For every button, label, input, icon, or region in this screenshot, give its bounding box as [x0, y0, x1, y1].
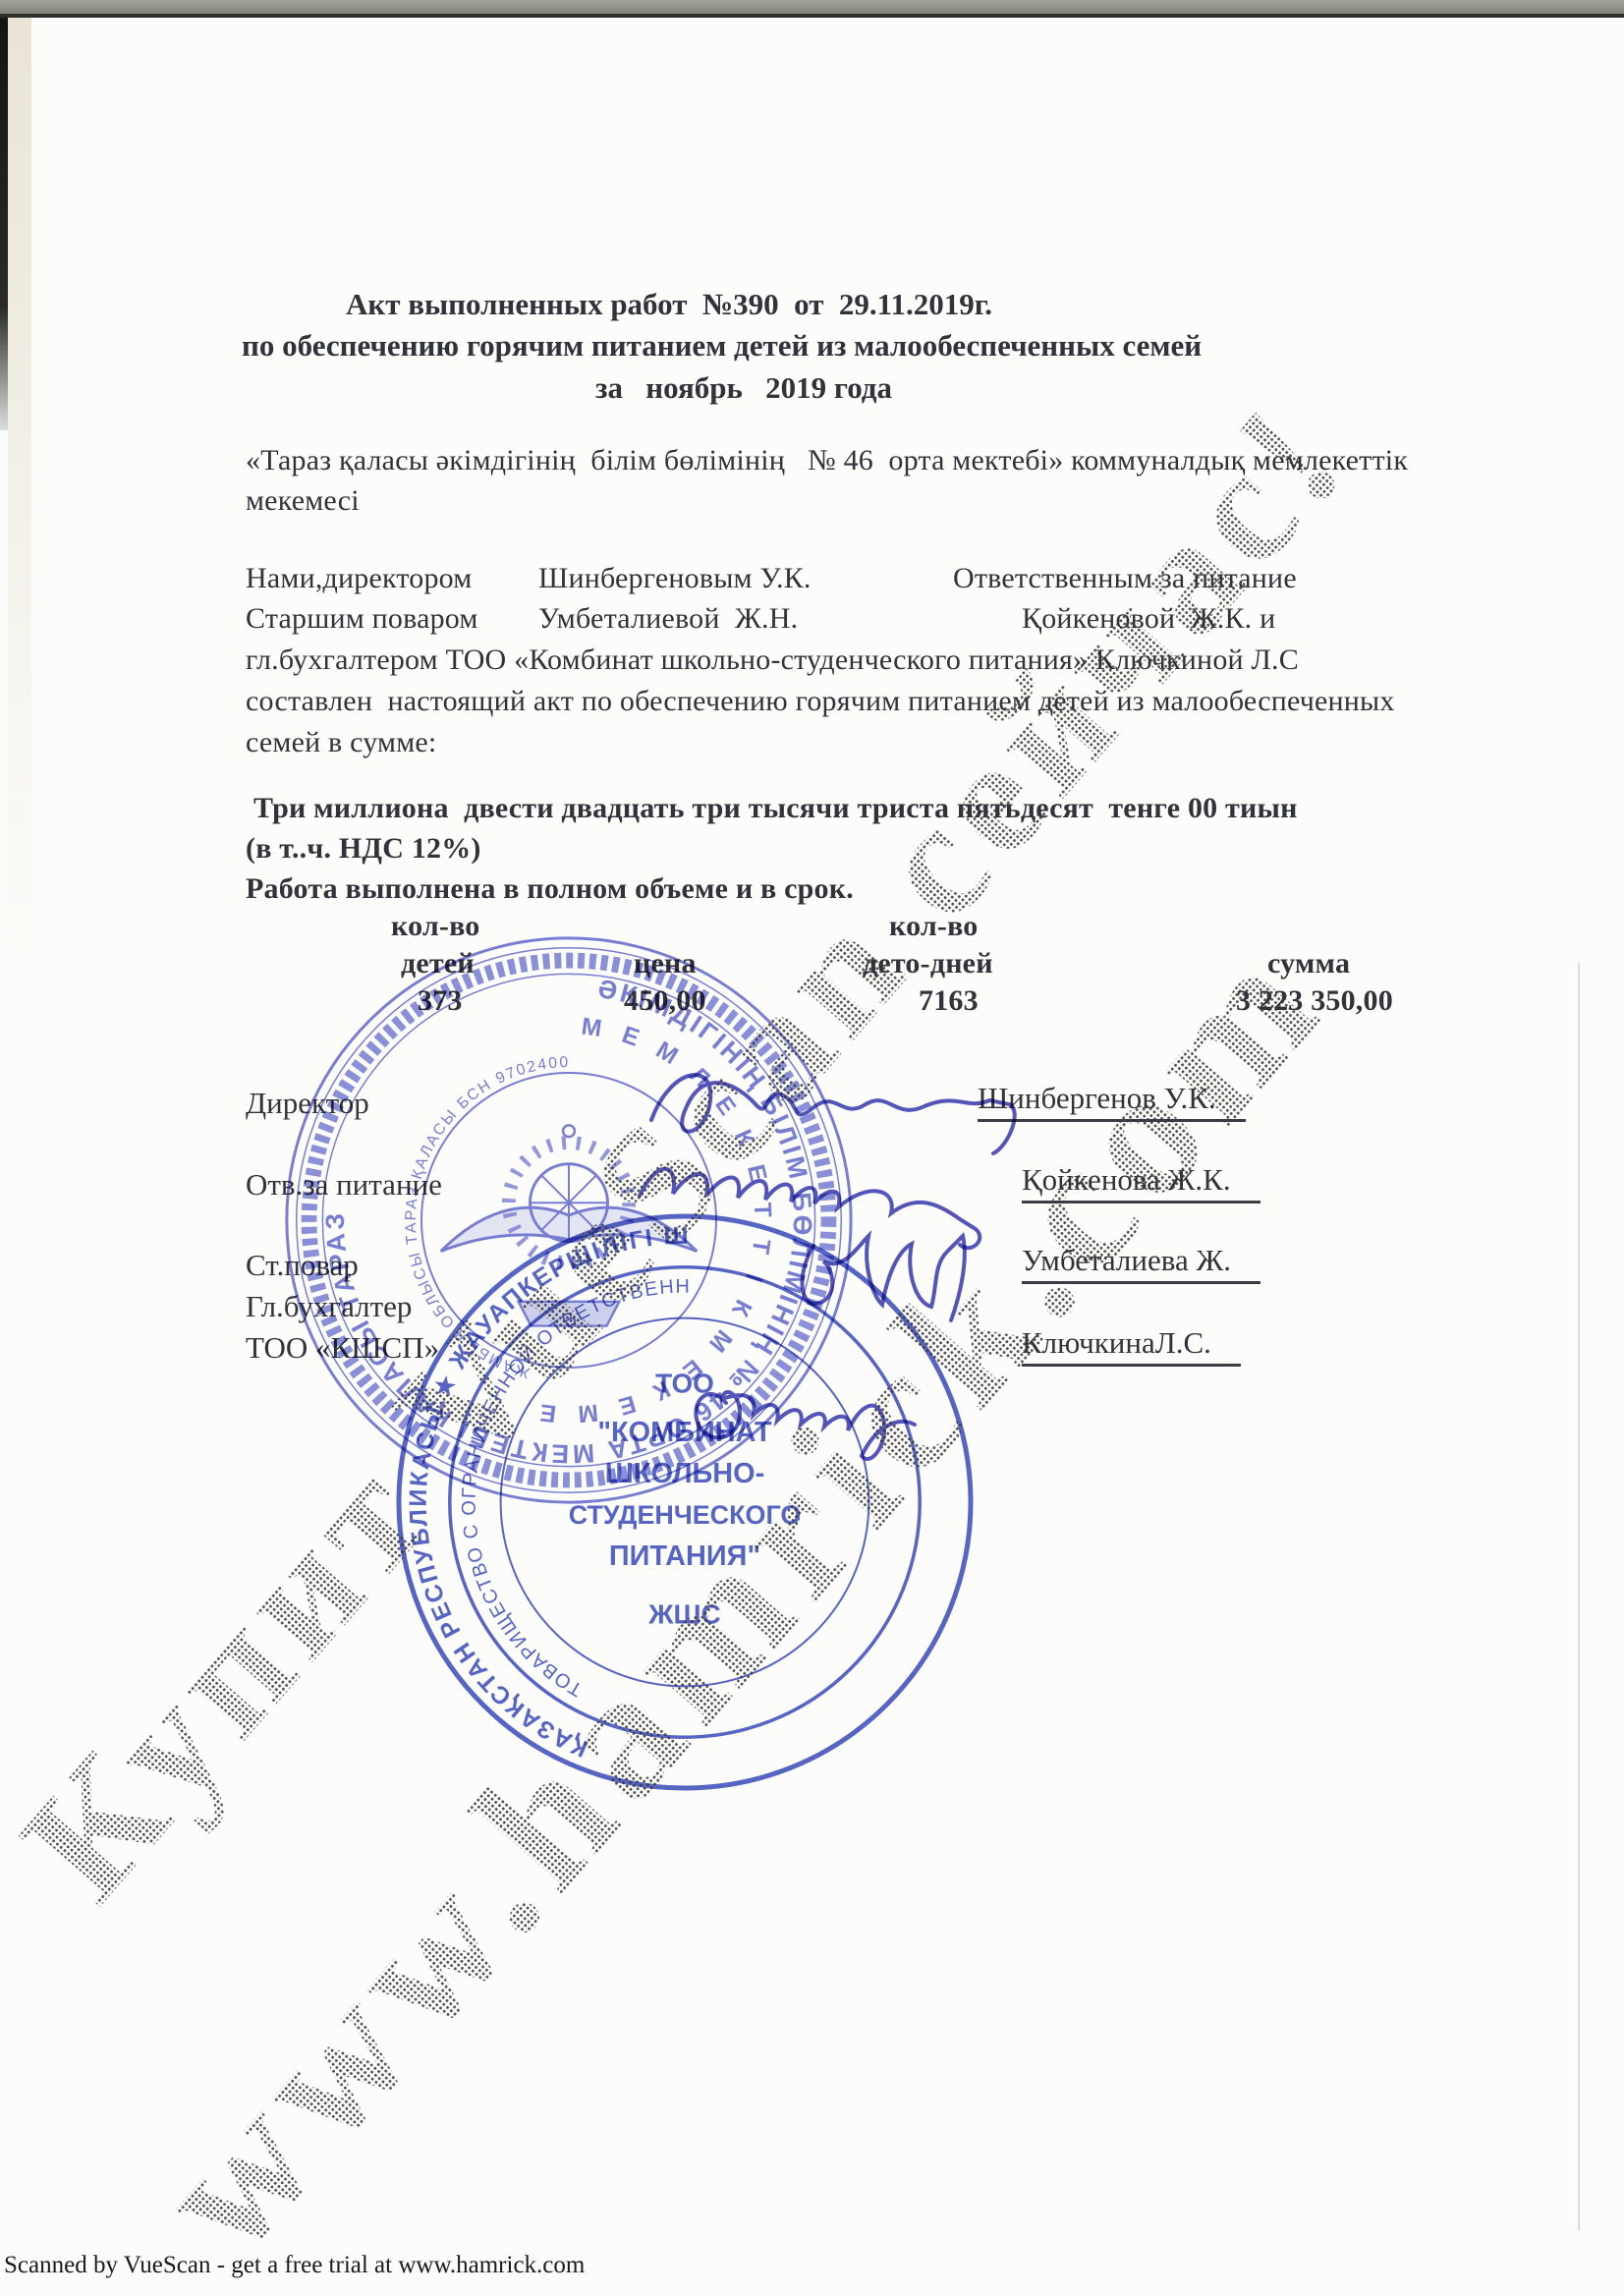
scanner-footer-text: Scanned by VueScan - get a free trial at… [4, 2252, 585, 2279]
amount-words: Три миллиона двести двадцать три тысячи … [253, 792, 1298, 825]
party-row2-cook: Умбеталиевой Ж.Н. [538, 602, 798, 636]
party-row1-right: Ответственным за питание [953, 562, 1297, 595]
col-sum-header: сумма [1267, 947, 1350, 980]
doc-title-line2: по обеспечению горячим питанием детей из… [242, 328, 1202, 364]
party-row1-left: Нами,директором [246, 562, 472, 595]
org-name-line1: «Тараз қаласы әкімдігінің білім бөліміні… [246, 444, 1408, 477]
doc-title-line1: Акт выполненных работ №390 от 29.11.2019… [346, 287, 992, 322]
name-senior-cook: Умбеталиева Ж. [1022, 1243, 1260, 1284]
kshsp-stamp-center-zhshs: ЖШС [647, 1599, 720, 1630]
doc-title-line3: за ноябрь 2019 года [595, 370, 892, 406]
sum-value: 3 223 350,00 [1236, 984, 1393, 1018]
col-days-header-top: кол-во [889, 910, 979, 943]
name-food-responsible: Қойкенова Ж.К. [1022, 1162, 1260, 1204]
senior-cook-signature [786, 1218, 1012, 1336]
org-name-line2: мекемесі [246, 484, 360, 518]
col-days-header: дето-дней [863, 947, 993, 980]
chief-accountant-signature [683, 1346, 938, 1464]
scanned-document-page: Акт выполненных работ №390 от 29.11.2019… [0, 0, 1624, 2296]
name-chief-accountant: КлючкинаЛ.С. [1022, 1325, 1241, 1367]
party-row5: семей в сумме: [246, 726, 436, 759]
amount-vat: (в т..ч. НДС 12%) [246, 832, 481, 866]
party-row4: составлен настоящий акт по обеспечению г… [246, 685, 1395, 718]
party-row1-director: Шинбергеновым У.К. [538, 562, 812, 595]
work-complete-line: Работа выполнена в полном объеме и в сро… [246, 872, 854, 906]
kshsp-stamp-center-pitaniya: ПИТАНИЯ" [609, 1540, 760, 1572]
paper-left-edge [8, 18, 31, 961]
paper-right-edge [1578, 963, 1580, 2230]
party-row2-left: Старшим поваром [246, 602, 478, 636]
party-row2-right: Қойкеновой Ж.К. и [1022, 602, 1275, 636]
scan-left-edge [0, 18, 8, 430]
scanner-top-bar [0, 0, 1624, 18]
kshsp-stamp-center-studencheskogo: СТУДЕНЧЕСКОГО [569, 1500, 802, 1530]
days-count-value: 7163 [919, 984, 979, 1018]
party-row3: гл.бухгалтером ТОО «Комбинат школьно-сту… [246, 644, 1299, 677]
